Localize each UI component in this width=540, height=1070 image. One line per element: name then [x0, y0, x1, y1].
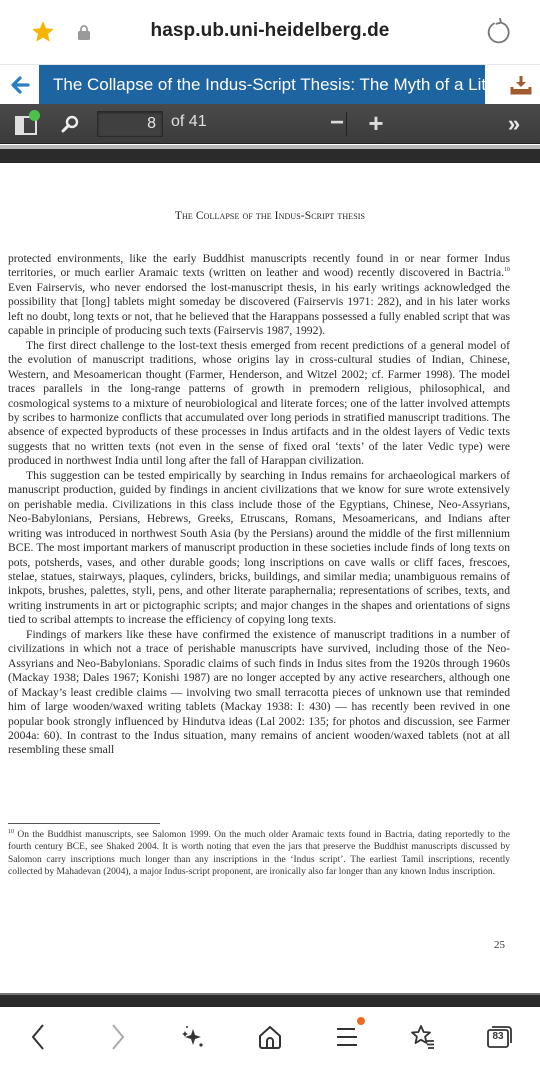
paragraph: protected environments, like the early B… — [8, 252, 510, 339]
paragraph: Findings of markers like these have conf… — [8, 628, 510, 758]
back-button[interactable] — [20, 1019, 56, 1055]
footnote-ref[interactable]: 10 — [504, 268, 510, 274]
more-tools-button[interactable]: » — [500, 112, 528, 136]
document-title: The Collapse of the Indus-Script Thesis:… — [39, 65, 485, 105]
ai-assistant-button[interactable] — [175, 1019, 211, 1055]
footnote: 10 On the Buddhist manuscripts, see Salo… — [8, 829, 510, 878]
forward-icon — [108, 1022, 128, 1052]
notification-dot — [29, 110, 40, 121]
zoom-separator — [346, 112, 347, 136]
page-number-input[interactable]: 8 — [97, 111, 163, 137]
bookmarks-button[interactable] — [405, 1019, 441, 1055]
home-icon — [257, 1024, 283, 1050]
menu-icon — [335, 1026, 359, 1048]
running-head: The Collapse of the Indus-Script thesis — [0, 210, 540, 222]
pdf-page: The Collapse of the Indus-Script thesis … — [0, 163, 540, 993]
zoom-in-button[interactable]: + — [364, 110, 388, 136]
search-icon[interactable] — [60, 114, 80, 134]
document-title-bar: The Collapse of the Indus-Script Thesis:… — [0, 64, 540, 104]
browser-address-bar: hasp.ub.uni-heidelberg.de — [0, 0, 540, 64]
paragraph: The first direct challenge to the lost-t… — [8, 339, 510, 469]
zoom-out-button[interactable]: − — [326, 112, 348, 136]
tab-count: 83 — [489, 1031, 507, 1042]
page-separator-top — [0, 149, 540, 163]
back-icon — [28, 1022, 48, 1052]
browser-bottom-nav: 83 — [0, 1007, 540, 1070]
footnote-marker: 10 — [8, 829, 14, 835]
body-text: protected environments, like the early B… — [8, 252, 510, 758]
bookmarks-icon — [409, 1024, 437, 1050]
download-icon[interactable] — [510, 75, 532, 95]
arrow-left-icon[interactable] — [8, 73, 32, 97]
document-title-text: The Collapse of the Indus-Script Thesis:… — [39, 75, 485, 94]
footnote-rule — [8, 823, 160, 824]
home-button[interactable] — [252, 1019, 288, 1055]
footnote-text: On the Buddhist manuscripts, see Salomon… — [8, 830, 510, 877]
reload-icon[interactable] — [484, 18, 512, 46]
pdf-toolbar: 8 of 41 − + » — [0, 104, 540, 144]
page-separator-bottom — [0, 993, 540, 1007]
menu-notification-dot — [357, 1017, 365, 1025]
page-count: of 41 — [171, 113, 207, 131]
tabs-button[interactable]: 83 — [482, 1019, 518, 1055]
sparkle-ai-icon — [180, 1024, 206, 1050]
paragraph: This suggestion can be tested empiricall… — [8, 469, 510, 628]
url-text[interactable]: hasp.ub.uni-heidelberg.de — [0, 20, 540, 42]
forward-button[interactable] — [100, 1019, 136, 1055]
page-number: 25 — [494, 939, 505, 951]
